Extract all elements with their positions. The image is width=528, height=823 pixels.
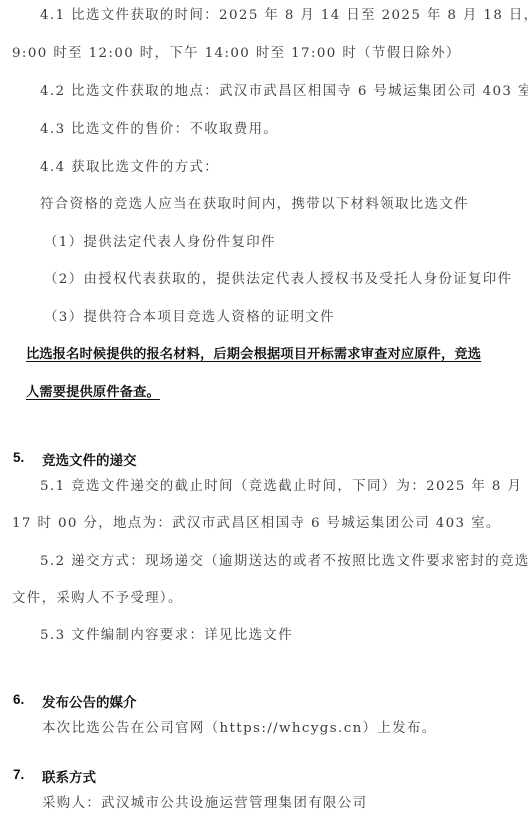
section-7-number: 7. [13,767,24,782]
list-item-3: （3）提供符合本项目竞选人资格的证明文件 [44,309,335,327]
paragraph-5-1-line-2: 17 时 00 分，地点为：武汉市武昌区相国寺 6 号城运集团公司 403 室。 [12,515,501,533]
notice-line-2: 人需要提供原件备查。 [26,384,160,402]
section-6-number: 6. [13,692,24,707]
paragraph-4-1-line-2: 9:00 时至 12:00 时，下午 14:00 时至 17:00 时（节假日除… [12,45,461,63]
section-5-title: 竞选文件的递交 [42,449,137,469]
section-7-title: 联系方式 [42,766,96,786]
section-6-body: 本次比选公告在公司官网（https://whcygs.cn）上发布。 [42,720,437,738]
paragraph-4-1-line-1: 4.1 比选文件获取的时间：2025 年 8 月 14 日至 2025 年 8 … [40,7,528,25]
list-item-2: （2）由授权代表获取的，提供法定代表人授权书及受托人身份证复印件 [44,271,512,289]
section-5-number: 5. [13,450,24,465]
section-7-buyer: 采购人：武汉城市公共设施运营管理集团有限公司 [42,795,367,813]
paragraph-4-3: 4.3 比选文件的售价：不收取费用。 [40,121,278,139]
paragraph-5-1-line-1: 5.1 竞选文件递交的截止时间（竞选截止时间，下同）为：2025 年 8 月 2… [40,478,528,496]
paragraph-4-2: 4.2 比选文件获取的地点：武汉市武昌区相国寺 6 号城运集团公司 403 室 [40,83,528,101]
section-6-title: 发布公告的媒介 [42,691,137,711]
paragraph-5-2-line-2: 文件，采购人不予受理）。 [12,590,183,608]
paragraph-4-4: 4.4 获取比选文件的方式： [40,159,219,177]
list-item-1: （1）提供法定代表人身份件复印件 [44,234,276,252]
notice-line-1: 比选报名时候提供的报名材料，后期会根据项目开标需求审查对应原件，竞选 [26,346,481,364]
paragraph-5-3: 5.3 文件编制内容要求：详见比选文件 [40,627,293,645]
paragraph-5-2-line-1: 5.2 递交方式：现场递交（逾期送达的或者不按照比选文件要求密封的竞选 [40,553,528,571]
paragraph-4-4-desc: 符合资格的竞选人应当在获取时间内，携带以下材料领取比选文件 [40,196,469,214]
